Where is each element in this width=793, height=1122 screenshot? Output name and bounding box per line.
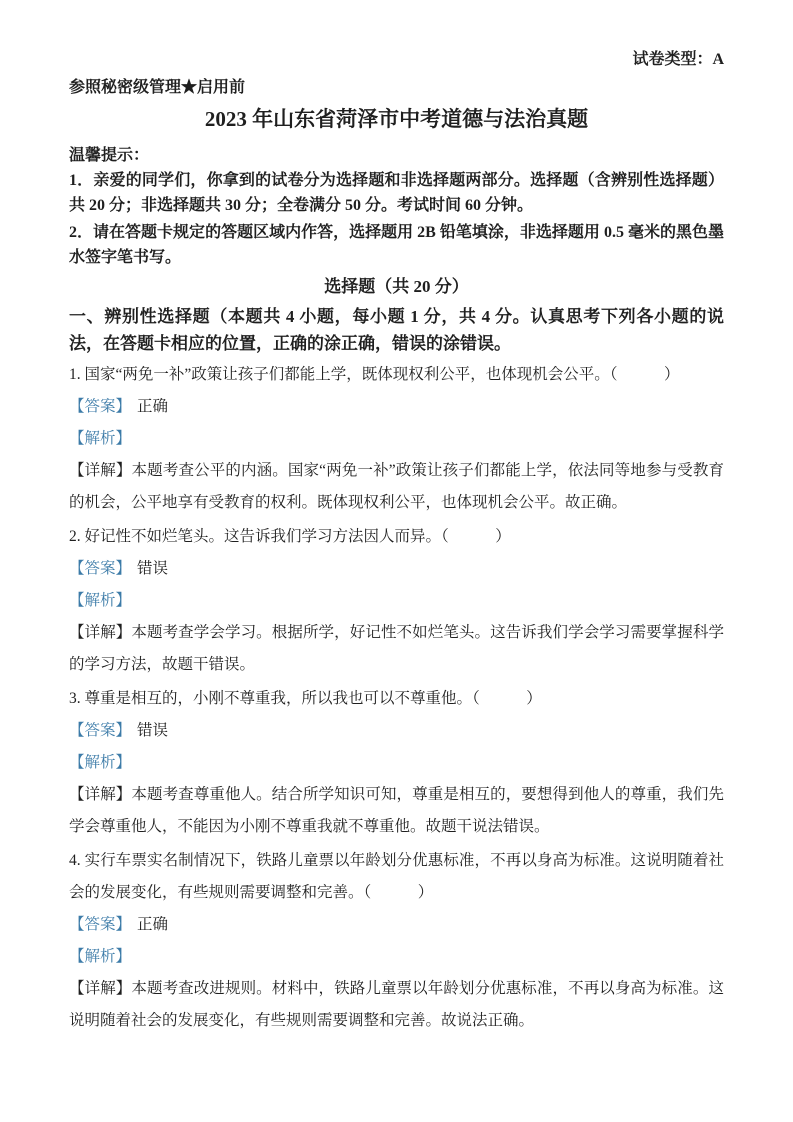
- question-block-1: 1. 国家“两免一补”政策让孩子们都能上学，既体现权利公平，也体现机会公平。（ …: [69, 359, 724, 519]
- detail-text: 本题考查学会学习。根据所学，好记性不如烂笔头。这告诉我们学会学习需要掌握科学的学…: [69, 624, 724, 673]
- detail-line: 【详解】本题考查公平的内涵。国家“两免一补”政策让孩子们都能上学，依法同等地参与…: [69, 455, 724, 519]
- detail-label: 【详解】: [69, 462, 132, 479]
- question-text: 1. 国家“两免一补”政策让孩子们都能上学，既体现权利公平，也体现机会公平。（ …: [69, 359, 724, 391]
- notice-heading: 温馨提示：: [69, 144, 724, 168]
- detail-text: 本题考查公平的内涵。国家“两免一补”政策让孩子们都能上学，依法同等地参与受教育的…: [69, 462, 724, 511]
- answer-label: 【答案】: [69, 560, 131, 577]
- answer-line: 【答案】正确: [69, 909, 724, 941]
- exam-document-page: 试卷类型：A 参照秘密级管理★启用前 2023 年山东省菏泽市中考道德与法治真题…: [0, 0, 793, 1122]
- answer-line: 【答案】错误: [69, 553, 724, 585]
- security-notice: 参照秘密级管理★启用前: [69, 78, 724, 98]
- question-block-2: 2. 好记性不如烂笔头。这告诉我们学习方法因人而异。（ ） 【答案】错误 【解析…: [69, 521, 724, 681]
- detail-label: 【详解】: [69, 786, 131, 803]
- analysis-line: 【解析】: [69, 585, 724, 617]
- answer-label: 【答案】: [69, 722, 131, 739]
- analysis-label: 【解析】: [69, 430, 131, 447]
- answer-line: 【答案】错误: [69, 715, 724, 747]
- question-text: 3. 尊重是相互的，小刚不尊重我，所以我也可以不尊重他。（ ）: [69, 683, 724, 715]
- analysis-label: 【解析】: [69, 754, 131, 771]
- questions-list: 1. 国家“两免一补”政策让孩子们都能上学，既体现权利公平，也体现机会公平。（ …: [69, 359, 724, 1037]
- answer-label: 【答案】: [69, 916, 131, 933]
- answer-value: 错误: [137, 722, 168, 739]
- detail-line: 【详解】本题考查改进规则。材料中，铁路儿童票以年龄划分优惠标准，不再以身高为标准…: [69, 973, 724, 1037]
- answer-line: 【答案】正确: [69, 391, 724, 423]
- detail-line: 【详解】本题考查尊重他人。结合所学知识可知，尊重是相互的，要想得到他人的尊重，我…: [69, 779, 724, 843]
- analysis-line: 【解析】: [69, 941, 724, 973]
- detail-text: 本题考查改进规则。材料中，铁路儿童票以年龄划分优惠标准，不再以身高为标准。这说明…: [69, 980, 724, 1029]
- detail-label: 【详解】: [69, 980, 131, 997]
- analysis-line: 【解析】: [69, 747, 724, 779]
- section-title: 选择题（共 20 分）: [69, 275, 724, 299]
- answer-value: 正确: [137, 398, 168, 415]
- question-block-4: 4. 实行车票实名制情况下，铁路儿童票以年龄划分优惠标准，不再以身高为标准。这说…: [69, 845, 724, 1037]
- answer-value: 正确: [137, 916, 168, 933]
- question-text: 4. 实行车票实名制情况下，铁路儿童票以年龄划分优惠标准，不再以身高为标准。这说…: [69, 845, 724, 909]
- detail-label: 【详解】: [69, 624, 131, 641]
- analysis-label: 【解析】: [69, 592, 131, 609]
- analysis-line: 【解析】: [69, 423, 724, 455]
- part-heading: 一、辨别性选择题（本题共 4 小题，每小题 1 分，共 4 分。认真思考下列各小…: [69, 303, 724, 357]
- question-text: 2. 好记性不如烂笔头。这告诉我们学习方法因人而异。（ ）: [69, 521, 724, 553]
- page-title: 2023 年山东省菏泽市中考道德与法治真题: [69, 106, 724, 132]
- answer-label: 【答案】: [69, 398, 131, 415]
- question-block-3: 3. 尊重是相互的，小刚不尊重我，所以我也可以不尊重他。（ ） 【答案】错误 【…: [69, 683, 724, 843]
- answer-value: 错误: [137, 560, 168, 577]
- detail-text: 本题考查尊重他人。结合所学知识可知，尊重是相互的，要想得到他人的尊重，我们先学会…: [69, 786, 724, 835]
- notice-item-2: 2．请在答题卡规定的答题区域内作答，选择题用 2B 铅笔填涂，非选择题用 0.5…: [69, 220, 724, 270]
- notice-item-1: 1．亲爱的同学们，你拿到的试卷分为选择题和非选择题两部分。选择题（含辨别性选择题…: [69, 168, 724, 218]
- analysis-label: 【解析】: [69, 948, 131, 965]
- detail-line: 【详解】本题考查学会学习。根据所学，好记性不如烂笔头。这告诉我们学会学习需要掌握…: [69, 617, 724, 681]
- paper-type-label: 试卷类型：A: [69, 50, 724, 70]
